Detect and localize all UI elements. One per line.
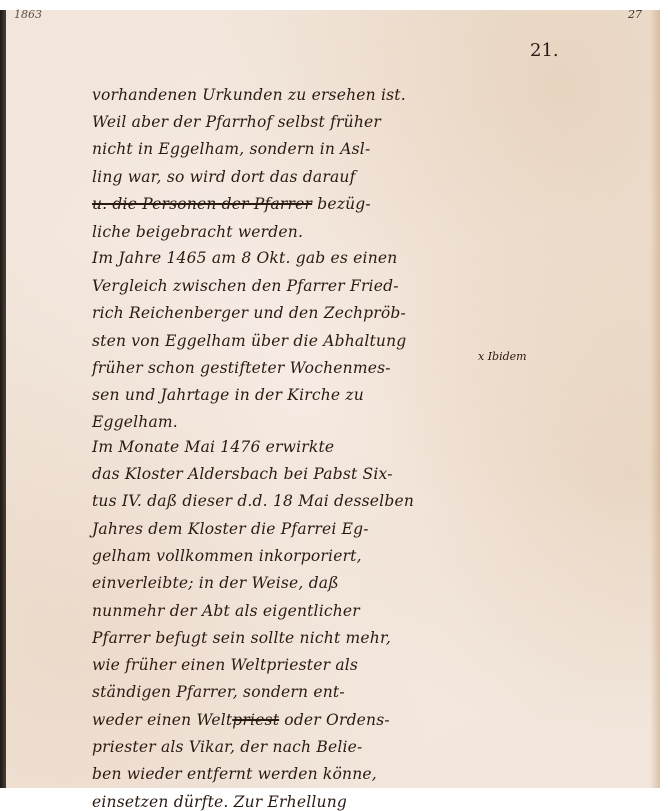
text-line-with-strikethrough: weder einen Weltpriest oder Ordens- bbox=[92, 711, 390, 729]
text-line: vorhandenen Urkunden zu ersehen ist. bbox=[92, 86, 406, 104]
text-line: Vergleich zwischen den Pfarrer Fried- bbox=[92, 277, 399, 295]
text-line: nicht in Eggelham, sondern in Asl- bbox=[92, 140, 370, 158]
text-line: früher schon gestifteter Wochenmes- bbox=[92, 359, 391, 377]
text-line: ling war, so wird dort das darauf bbox=[92, 168, 356, 186]
text-line: ben wieder entfernt werden könne, bbox=[92, 765, 377, 783]
text-line-with-strikethrough: u. die Personen der Pfarrer bezüg- bbox=[92, 195, 371, 213]
text-line: rich Reichenberger und den Zechpröb- bbox=[92, 304, 406, 322]
text-line: einsetzen dürfte. Zur Erhellung bbox=[92, 793, 347, 800]
text-line: Pfarrer befugt sein sollte nicht mehr, bbox=[92, 629, 391, 647]
text-fragment: oder Ordens- bbox=[279, 711, 390, 729]
page-number: 21. bbox=[530, 40, 559, 61]
text-line: das Kloster Aldersbach bei Pabst Six- bbox=[92, 465, 393, 483]
corner-mark-top-left: 1863 bbox=[14, 8, 42, 21]
text-fragment: weder einen Welt bbox=[92, 711, 232, 729]
text-fragment: bezüg- bbox=[312, 195, 371, 213]
text-line: nunmehr der Abt als eigentlicher bbox=[92, 602, 360, 620]
book-binding-edge bbox=[0, 10, 6, 788]
struck-text: u. die Personen der Pfarrer bbox=[92, 195, 312, 213]
text-line: priester als Vikar, der nach Belie- bbox=[92, 738, 362, 756]
corner-mark-top-right: 27 bbox=[628, 8, 642, 21]
text-line: tus IV. daß dieser d.d. 18 Mai desselben bbox=[92, 492, 414, 510]
text-line: Im Monate Mai 1476 erwirkte bbox=[92, 438, 334, 456]
text-line: Im Jahre 1465 am 8 Okt. gab es einen bbox=[92, 249, 397, 267]
text-line: Eggelham. bbox=[92, 413, 178, 431]
margin-note: x Ibidem bbox=[478, 350, 527, 363]
text-line: ständigen Pfarrer, sondern ent- bbox=[92, 683, 345, 701]
struck-text: priest bbox=[232, 711, 279, 729]
text-line: Weil aber der Pfarrhof selbst früher bbox=[92, 113, 381, 131]
text-line: wie früher einen Weltpriester als bbox=[92, 656, 358, 674]
text-line: sen und Jahrtage in der Kirche zu bbox=[92, 386, 364, 404]
text-line: einverleibte; in der Weise, daß bbox=[92, 574, 339, 592]
text-line: gelham vollkommen inkorporiert, bbox=[92, 547, 362, 565]
page-edge-shadow bbox=[650, 10, 660, 788]
text-line: liche beigebracht werden. bbox=[92, 223, 303, 241]
text-line: Jahres dem Kloster die Pfarrei Eg- bbox=[92, 520, 369, 538]
manuscript-page: 1863 27 21. x Ibidem vorhandenen Urkunde… bbox=[0, 10, 660, 788]
text-line: sten von Eggelham über die Abhaltung bbox=[92, 332, 406, 350]
